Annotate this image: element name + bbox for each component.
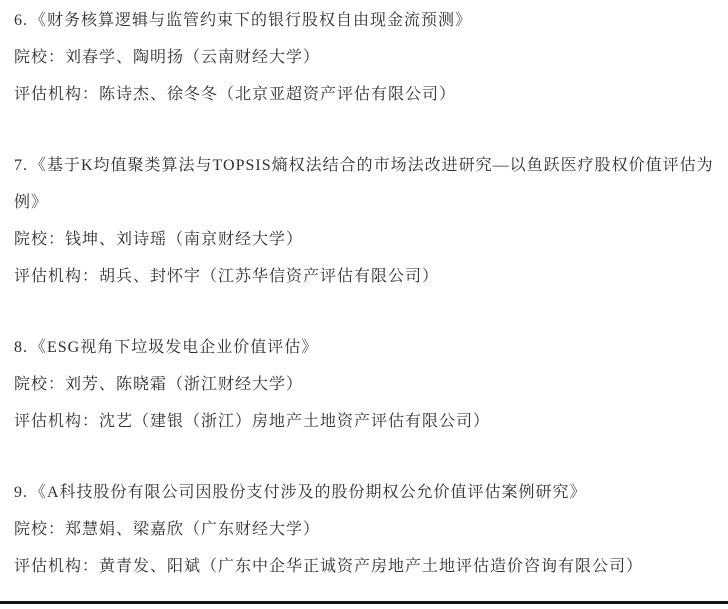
- entry-7-school: 钱坤、刘诗瑶（南京财经大学）: [65, 231, 303, 248]
- entry-9-title-line: 9.《A科技股份有限公司因股份支付涉及的股份期权公允价值评估案例研究》: [14, 474, 714, 511]
- entry-6-agency-line: 评估机构：陈诗杰、徐冬冬（北京亚超资产评估有限公司）: [14, 76, 714, 113]
- school-label: 院校：: [14, 231, 65, 248]
- entry-9-school: 郑慧娟、梁嘉欣（广东财经大学）: [65, 521, 320, 538]
- entry-9-agency-line: 评估机构：黄青发、阳斌（广东中企华正诚资产房地产土地评估造价咨询有限公司）: [14, 548, 714, 585]
- agency-label: 评估机构：: [14, 86, 99, 103]
- entry-6: 6.《财务核算逻辑与监管约束下的银行股权自由现金流预测》 院校：刘春学、陶明扬（…: [14, 2, 714, 113]
- school-label: 院校：: [14, 521, 65, 538]
- entry-7-agency-line: 评估机构：胡兵、封怀宇（江苏华信资产评估有限公司）: [14, 258, 714, 295]
- agency-label: 评估机构：: [14, 558, 99, 575]
- document-page: 6.《财务核算逻辑与监管约束下的银行股权自由现金流预测》 院校：刘春学、陶明扬（…: [0, 0, 728, 585]
- entry-7-title: 《基于K均值聚类算法与TOPSIS熵权法结合的市场法改进研究—以鱼跃医疗股权价值…: [14, 157, 714, 211]
- entry-8: 8.《ESG视角下垃圾发电企业价值评估》 院校：刘芳、陈晓霜（浙江财经大学） 评…: [14, 329, 714, 440]
- school-label: 院校：: [14, 376, 65, 393]
- school-label: 院校：: [14, 49, 65, 66]
- entry-6-title-line: 6.《财务核算逻辑与监管约束下的银行股权自由现金流预测》: [14, 2, 714, 39]
- entry-6-title: 《财务核算逻辑与监管约束下的银行股权自由现金流预测》: [30, 12, 472, 29]
- entry-9-number: 9.: [14, 484, 28, 501]
- entry-8-title: 《ESG视角下垃圾发电企业价值评估》: [30, 339, 318, 356]
- entry-6-number: 6.: [14, 12, 28, 29]
- agency-label: 评估机构：: [14, 413, 99, 430]
- entry-6-school-line: 院校：刘春学、陶明扬（云南财经大学）: [14, 39, 714, 76]
- entry-9-school-line: 院校：郑慧娟、梁嘉欣（广东财经大学）: [14, 511, 714, 548]
- entry-8-agency: 沈艺（建银（浙江）房地产土地资产评估有限公司）: [99, 413, 490, 430]
- entry-9: 9.《A科技股份有限公司因股份支付涉及的股份期权公允价值评估案例研究》 院校：郑…: [14, 474, 714, 585]
- entry-7-agency: 胡兵、封怀宇（江苏华信资产评估有限公司）: [99, 268, 439, 285]
- entry-6-school: 刘春学、陶明扬（云南财经大学）: [65, 49, 320, 66]
- entry-9-title: 《A科技股份有限公司因股份支付涉及的股份期权公允价值评估案例研究》: [30, 484, 587, 501]
- entry-7-number: 7.: [14, 157, 28, 174]
- entry-7-school-line: 院校：钱坤、刘诗瑶（南京财经大学）: [14, 221, 714, 258]
- page-bottom-edge: [0, 601, 728, 604]
- entry-8-agency-line: 评估机构：沈艺（建银（浙江）房地产土地资产评估有限公司）: [14, 403, 714, 440]
- entry-8-school-line: 院校：刘芳、陈晓霜（浙江财经大学）: [14, 366, 714, 403]
- entry-6-agency: 陈诗杰、徐冬冬（北京亚超资产评估有限公司）: [99, 86, 456, 103]
- entry-8-school: 刘芳、陈晓霜（浙江财经大学）: [65, 376, 303, 393]
- entry-9-agency: 黄青发、阳斌（广东中企华正诚资产房地产土地评估造价咨询有限公司）: [99, 558, 643, 575]
- entry-8-title-line: 8.《ESG视角下垃圾发电企业价值评估》: [14, 329, 714, 366]
- agency-label: 评估机构：: [14, 268, 99, 285]
- entry-7-title-line: 7.《基于K均值聚类算法与TOPSIS熵权法结合的市场法改进研究—以鱼跃医疗股权…: [14, 147, 714, 221]
- entry-7: 7.《基于K均值聚类算法与TOPSIS熵权法结合的市场法改进研究—以鱼跃医疗股权…: [14, 147, 714, 295]
- entry-8-number: 8.: [14, 339, 28, 356]
